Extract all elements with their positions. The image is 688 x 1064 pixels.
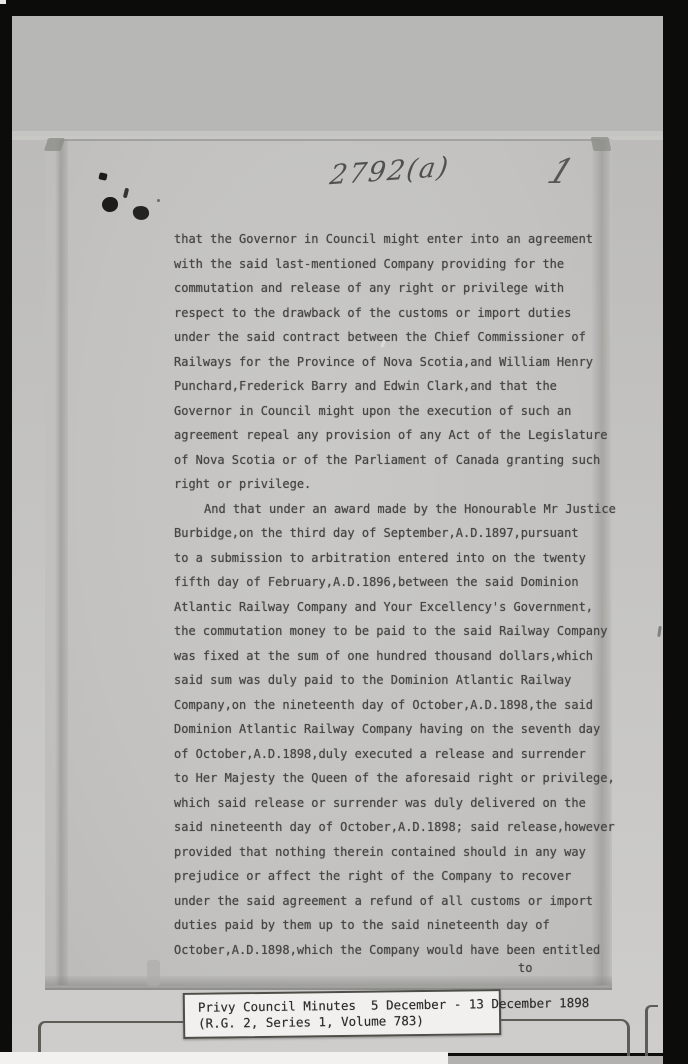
page-bottom-edge bbox=[45, 976, 612, 990]
film-bottom-strip bbox=[0, 1052, 448, 1064]
ink-blot bbox=[102, 197, 118, 212]
typed-line: of October,A.D.1898,duly executed a rele… bbox=[174, 742, 620, 767]
film-frame: 2792(a) 1 that the Governor in Council m… bbox=[0, 0, 688, 1064]
catchword: to bbox=[518, 961, 532, 975]
typed-line: said nineteenth day of October,A.D.1898;… bbox=[174, 815, 620, 840]
next-page-outline-tab bbox=[645, 1005, 658, 1059]
typed-text-block: that the Governor in Council might enter… bbox=[174, 227, 620, 962]
typed-line: right or privilege. bbox=[174, 472, 620, 497]
typed-line: said sum was duly paid to the Dominion A… bbox=[174, 668, 620, 693]
typed-line: commutation and release of any right or … bbox=[174, 276, 620, 301]
smudge-mark bbox=[147, 960, 160, 986]
typed-line: the commutation money to be paid to the … bbox=[174, 619, 620, 644]
typed-line: with the said last-mentioned Company pro… bbox=[174, 252, 620, 277]
typed-line: prejudice or affect the right of the Com… bbox=[174, 864, 620, 889]
archive-label: Privy Council Minutes 5 December - 13 De… bbox=[183, 989, 502, 1039]
typed-line: under the said agreement a refund of all… bbox=[174, 889, 620, 914]
typed-line: October,A.D.1898,which the Company would… bbox=[174, 938, 620, 963]
typed-line: that the Governor in Council might enter… bbox=[174, 227, 620, 252]
page-left-fold-shadow bbox=[55, 140, 68, 985]
typed-line: Company,on the nineteenth day of October… bbox=[174, 693, 620, 718]
typed-line: fifth day of February,A.D.1896,between t… bbox=[174, 570, 620, 595]
typed-line: to Her Majesty the Queen of the aforesai… bbox=[174, 766, 620, 791]
typed-line: And that under an award made by the Hono… bbox=[174, 497, 620, 522]
typed-line: provided that nothing therein contained … bbox=[174, 840, 620, 865]
typed-line: to a submission to arbitration entered i… bbox=[174, 546, 620, 571]
typed-line: Punchard,Frederick Barry and Edwin Clark… bbox=[174, 374, 620, 399]
typed-line: Governor in Council might upon the execu… bbox=[174, 399, 620, 424]
page-top-edge bbox=[60, 139, 600, 141]
ink-blot bbox=[98, 172, 107, 181]
ink-blot bbox=[157, 199, 160, 202]
typed-line: of Nova Scotia or of the Parliament of C… bbox=[174, 448, 620, 473]
typed-line: under the said contract between the Chie… bbox=[174, 325, 620, 350]
scan-backing-top bbox=[12, 16, 663, 136]
typed-line: duties paid by them up to the said ninet… bbox=[174, 913, 620, 938]
typed-line: Railways for the Province of Nova Scotia… bbox=[174, 350, 620, 375]
film-corner-notch bbox=[0, 0, 6, 4]
typed-line: Dominion Atlantic Railway Company having… bbox=[174, 717, 620, 742]
typed-line: which said release or surrender was duly… bbox=[174, 791, 620, 816]
typed-line: Burbidge,on the third day of September,A… bbox=[174, 521, 620, 546]
film-bottom-strip-gray bbox=[448, 1056, 663, 1064]
typed-line: respect to the drawback of the customs o… bbox=[174, 301, 620, 326]
typed-line: Atlantic Railway Company and Your Excell… bbox=[174, 595, 620, 620]
archive-label-reference: (R.G. 2, Series 1, Volume 783) bbox=[198, 1012, 499, 1032]
typed-line: agreement repeal any provision of any Ac… bbox=[174, 423, 620, 448]
typed-line: was fixed at the sum of one hundred thou… bbox=[174, 644, 620, 669]
